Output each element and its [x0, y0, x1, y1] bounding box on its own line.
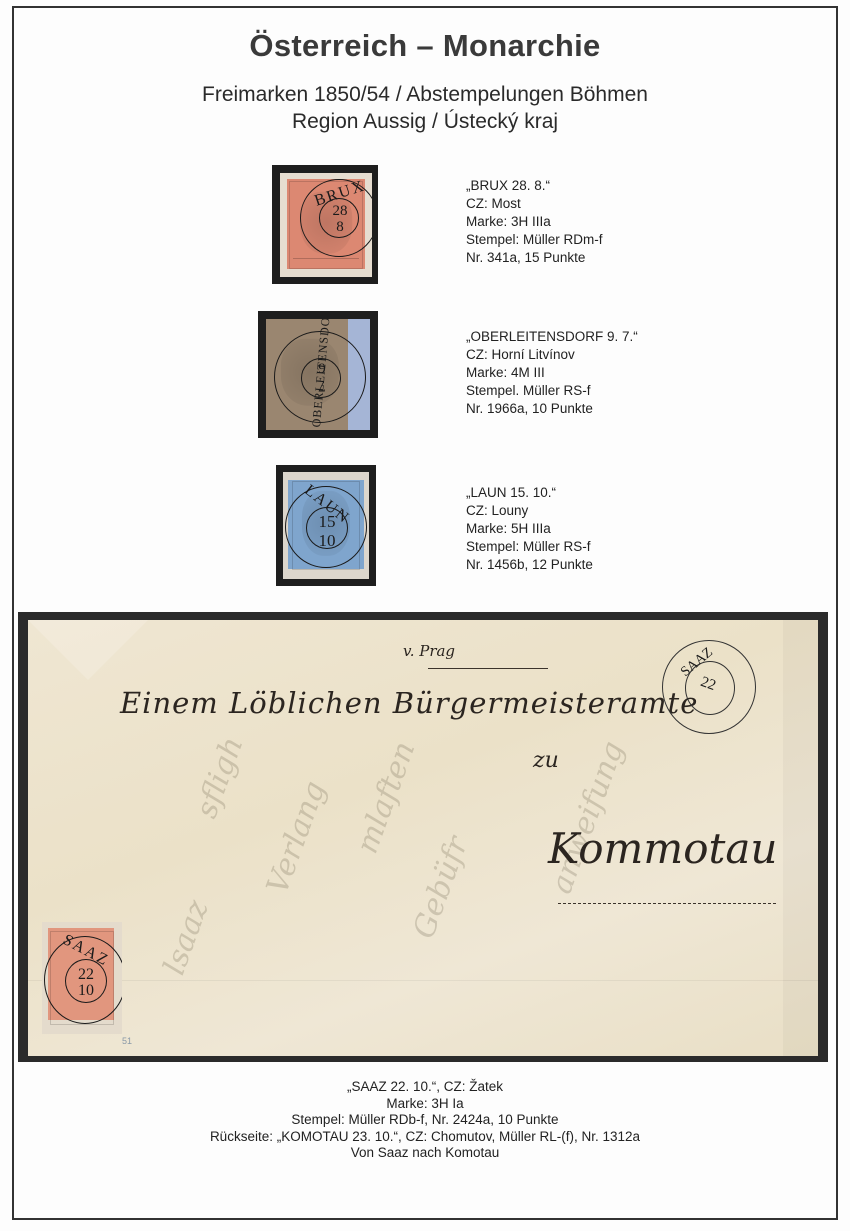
postmark-icon: SAAZ 22: [662, 640, 756, 734]
stamp-laun[interactable]: LAUN 15 10: [283, 472, 369, 579]
stamp-brux[interactable]: BRUX 28 8: [280, 173, 372, 277]
stamp-description-oberleitensdorf: „OBERLEITENSDORF 9. 7.“ CZ: Horní Litvín…: [466, 328, 638, 418]
cover-letter[interactable]: sfligh Verlang mlaften Gebüfr anweifung …: [28, 620, 818, 1056]
postmark-icon: OBERLEITENSDORF 9 7: [274, 331, 366, 423]
route-note: v. Prag: [403, 642, 455, 660]
cover-caption: „SAAZ 22. 10.“, CZ: Žatek Marke: 3H Ia S…: [0, 1079, 850, 1162]
stamp-description-brux: „BRUX 28. 8.“ CZ: Most Marke: 3H IIIa St…: [466, 177, 603, 267]
stamp-mount-oberleitensdorf: OBERLEITENSDORF 9 7: [258, 311, 378, 438]
page-subtitle: Freimarken 1850/54 / Abstempelungen Böhm…: [0, 83, 850, 107]
stamp-mount-laun: LAUN 15 10: [276, 465, 376, 586]
postmark-icon: LAUN 15 10: [285, 486, 367, 568]
address-line-recipient: Einem Löblichen Bürgermeisteramte: [120, 686, 698, 720]
postmark-icon: BRUX 28 8: [300, 179, 372, 257]
stamp-oberleitensdorf[interactable]: OBERLEITENSDORF 9 7: [266, 319, 370, 430]
postmark-icon: SAAZ 22 10: [44, 936, 122, 1024]
stamp-description-laun: „LAUN 15. 10.“ CZ: Louny Marke: 5H IIIa …: [466, 484, 593, 574]
page-title: Österreich – Monarchie: [0, 28, 850, 64]
cover-stamp-saaz[interactable]: SAAZ 22 10: [42, 922, 122, 1034]
address-line-zu: zu: [533, 748, 559, 773]
address-line-destination: Kommotau: [548, 824, 777, 873]
pencil-note: 51: [122, 1036, 132, 1046]
page-region: Region Aussig / Ústecký kraj: [0, 110, 850, 134]
stamp-mount-brux: BRUX 28 8: [272, 165, 378, 284]
